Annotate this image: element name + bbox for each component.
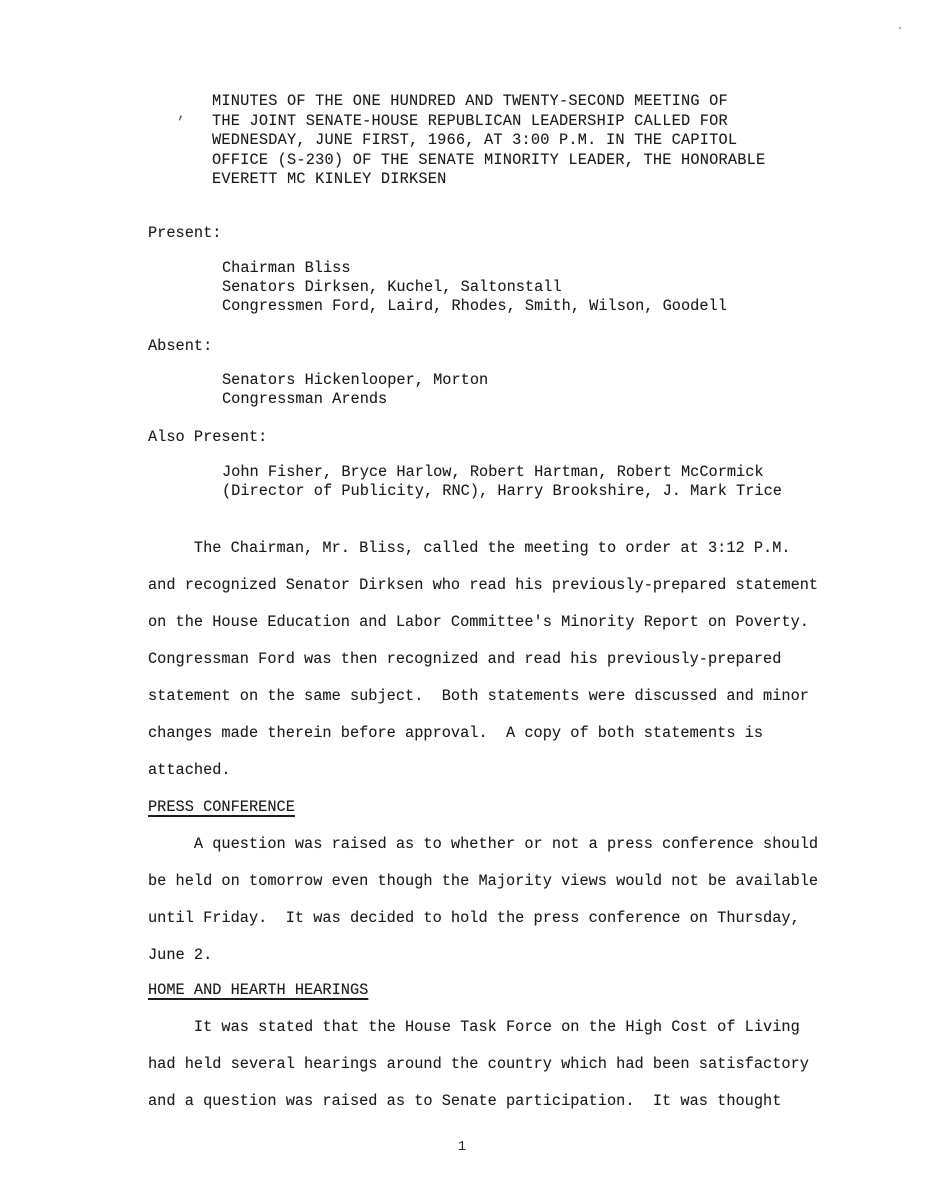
- present-attendees-list: Chairman Bliss Senators Dirksen, Kuchel,…: [222, 259, 727, 316]
- home-and-hearth-heading: HOME AND HEARTH HEARINGS: [148, 980, 368, 1000]
- also-present-label: Also Present:: [148, 428, 267, 447]
- page-number: 1: [452, 1139, 472, 1155]
- absent-attendees-list: Senators Hickenlooper, Morton Congressma…: [222, 371, 488, 409]
- absent-label: Absent:: [148, 337, 212, 356]
- home-and-hearth-paragraph: It was stated that the House Task Force …: [148, 1009, 809, 1120]
- press-conference-heading: PRESS CONFERENCE: [148, 797, 295, 817]
- document-title: MINUTES OF THE ONE HUNDRED AND TWENTY-SE…: [212, 92, 765, 190]
- present-label: Present:: [148, 224, 221, 243]
- scan-artifact-dot: [899, 27, 901, 29]
- also-present-attendees-list: John Fisher, Bryce Harlow, Robert Hartma…: [222, 463, 782, 501]
- press-conference-paragraph: A question was raised as to whether or n…: [148, 826, 818, 974]
- opening-paragraph: The Chairman, Mr. Bliss, called the meet…: [148, 530, 818, 789]
- scan-artifact-comma: ,: [177, 106, 186, 123]
- document-page: , MINUTES OF THE ONE HUNDRED AND TWENTY-…: [0, 0, 928, 1200]
